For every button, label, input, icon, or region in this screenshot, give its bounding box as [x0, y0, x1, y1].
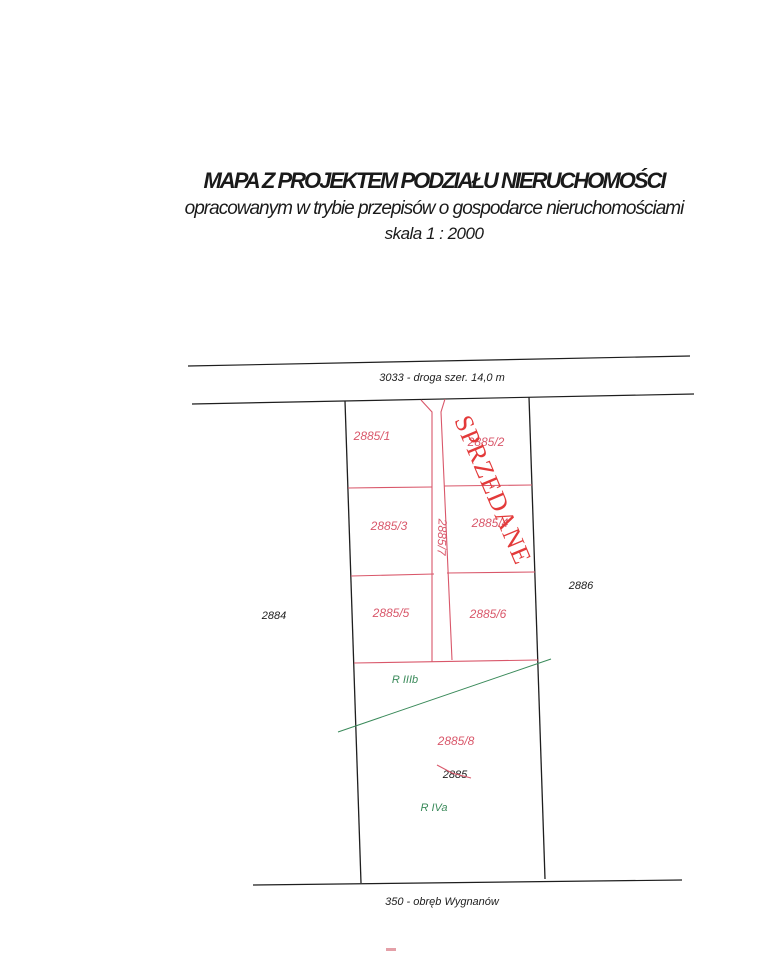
cropped-mark	[386, 948, 396, 951]
cadastral-map: 3033 - droga szer. 14,0 m 350 - obręb Wy…	[0, 0, 768, 953]
parcel-label-2885-1: 2885/1	[353, 429, 391, 443]
soil-class-boundary	[338, 659, 551, 732]
soil-class-label-iva: R IVa	[420, 802, 447, 814]
parcel-label-2885-5: 2885/5	[372, 606, 410, 620]
parcel-label-2885-3: 2885/3	[370, 519, 408, 533]
parcel-label-2885-7: 2885/7	[434, 518, 449, 557]
neighbor-parcel-east: 2886	[568, 580, 594, 592]
parcel-label-2885-6: 2885/6	[469, 607, 507, 621]
original-parcel-label: 2885	[442, 769, 468, 781]
precinct-boundary	[253, 880, 682, 885]
road-label: 3033 - droga szer. 14,0 m	[379, 372, 505, 384]
neighbor-parcel-west: 2884	[261, 610, 286, 622]
precinct-label: 350 - obręb Wygnanów	[385, 896, 500, 908]
parcel-label-2885-8: 2885/8	[437, 734, 475, 748]
soil-class-label-iiib: R IIIb	[392, 674, 418, 686]
